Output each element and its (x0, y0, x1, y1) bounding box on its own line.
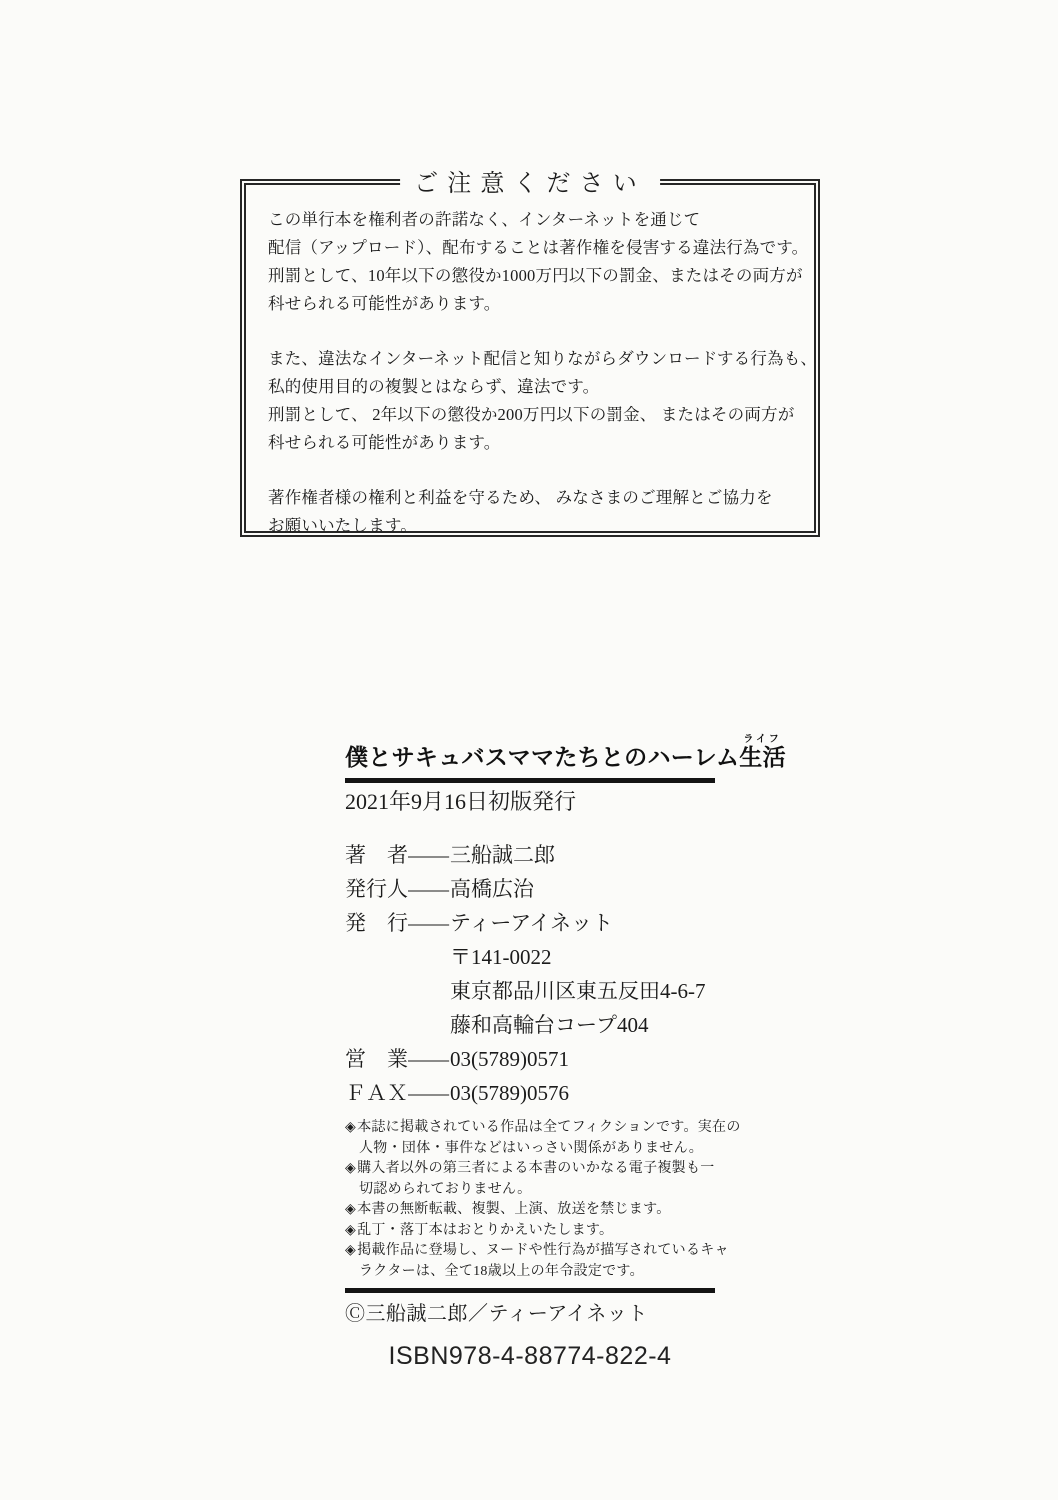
pub-value: 三船誠二郎 (450, 843, 555, 867)
notice-line: 刑罰として、 2年以下の懲役か200万円以下の罰金、 またはその両方が (268, 401, 794, 429)
isbn-text: ISBN978-4-88774-822-4 (345, 1342, 715, 1371)
pub-value: 03(5789)0576 (450, 1081, 569, 1105)
pub-label: 発 行 (345, 906, 408, 940)
notice-paragraph-request: 著作権者様の権利と利益を守るため、 みなさまのご理解とご協力を お願いいたします… (268, 484, 794, 540)
diamond-marker-icon: ◈ (345, 1223, 356, 1238)
pub-row-postal-code: 〒141-0022 (345, 940, 717, 974)
pub-label: 発行人 (345, 872, 408, 906)
pub-dash: ―― (408, 838, 450, 872)
notice-line: 科せられる可能性があります。 (268, 429, 794, 457)
pub-dash: ―― (408, 1076, 450, 1110)
pub-dash: ―― (408, 906, 450, 940)
pub-value: 藤和高輪台コープ404 (450, 1013, 648, 1037)
diamond-marker-icon: ◈ (345, 1202, 356, 1217)
notice-line: 著作権者様の権利と利益を守るため、 みなさまのご理解とご協力を (268, 484, 794, 512)
notice-paragraph-download: また、違法なインターネット配信と知りながらダウンロードする行為も、 私的使用目的… (268, 345, 794, 457)
pub-value: 東京都品川区東五反田4-6-7 (450, 979, 706, 1003)
book-title-main: 僕とサキュバスママたちとのハーレム (345, 744, 739, 770)
pub-row-building: 藤和高輪台コープ404 (345, 1008, 717, 1042)
diamond-marker-icon: ◈ (345, 1161, 356, 1176)
note-item-fiction-cont: 人物・団体・事件などはいっさい関係がありません。 (345, 1139, 745, 1160)
pub-row-address: 東京都品川区東五反田4-6-7 (345, 974, 717, 1008)
pub-value: 03(5789)0571 (450, 1047, 569, 1071)
pub-value: 〒141-0022 (450, 945, 552, 969)
publication-info: 著 者――三船誠二郎 発行人――高橋広治 発 行――ティーアイネット 〒141-… (345, 838, 717, 1110)
note-text: 本書の無断転載、複製、上演、放送を禁じます。 (357, 1202, 670, 1217)
legal-notes: ◈本誌に掲載されている作品は全てフィクションです。実在の 人物・団体・事件などは… (345, 1118, 745, 1282)
diamond-marker-icon: ◈ (345, 1243, 356, 1258)
notice-line: 科せられる可能性があります。 (268, 290, 794, 318)
ruby-base: 生活 (739, 744, 786, 770)
pub-row-publisher-person: 発行人――高橋広治 (345, 872, 717, 906)
notice-paragraph-upload: この単行本を権利者の許諾なく、インターネットを通じて 配信（アップロード）、配布… (268, 206, 794, 318)
pub-dash: ―― (408, 1042, 450, 1076)
copyright-warning-box: ご注意ください この単行本を権利者の許諾なく、インターネットを通じて 配信（アッ… (240, 179, 820, 537)
ruby-text: ライフ (739, 734, 786, 745)
note-item-digital-copy-cont: 切認められておりません。 (345, 1180, 745, 1201)
edition-date: 2021年9月16日初版発行 (345, 786, 717, 818)
notice-line: 配信（アップロード）、配布することは著作権を侵害する違法行為です。 (268, 234, 794, 262)
pub-label: 営 業 (345, 1042, 408, 1076)
note-item-defective-copy: ◈乱丁・落丁本はおとりかえいたします。 (345, 1221, 745, 1242)
note-text: 購入者以外の第三者による本書のいかなる電子複製も一 (357, 1161, 715, 1176)
pub-dash: ―― (408, 872, 450, 906)
colophon-block: 僕とサキュバスママたちとのハーレム生活ライフ 2021年9月16日初版発行 著 … (345, 734, 717, 1371)
pub-label: ＦＡＸ (345, 1076, 408, 1110)
copyright-line: Ⓒ三船誠二郎／ティーアイネット (345, 1301, 717, 1328)
note-item-age-statement-cont: ラクターは、全て18歳以上の年令設定です。 (345, 1262, 745, 1283)
pub-row-sales-phone: 営 業――03(5789)0571 (345, 1042, 717, 1076)
notice-body: この単行本を権利者の許諾なく、インターネットを通じて 配信（アップロード）、配布… (246, 185, 814, 540)
notice-line: お願いいたします。 (268, 512, 794, 540)
diamond-marker-icon: ◈ (345, 1120, 356, 1135)
notice-line: また、違法なインターネット配信と知りながらダウンロードする行為も、 (268, 345, 794, 373)
bottom-divider-rule (345, 1288, 715, 1293)
note-text: 掲載作品に登場し、ヌードや性行為が描写されているキャ (357, 1243, 729, 1258)
notice-line: この単行本を権利者の許諾なく、インターネットを通じて (268, 206, 794, 234)
pub-row-fax: ＦＡＸ――03(5789)0576 (345, 1076, 717, 1110)
notice-line: 刑罰として、10年以下の懲役か1000万円以下の罰金、またはその両方が (268, 262, 794, 290)
notice-line: 私的使用目的の複製とはならず、違法です。 (268, 373, 794, 401)
note-item-reproduction: ◈本書の無断転載、複製、上演、放送を禁じます。 (345, 1200, 745, 1221)
note-item-digital-copy: ◈購入者以外の第三者による本書のいかなる電子複製も一 (345, 1159, 745, 1180)
note-item-age-statement: ◈掲載作品に登場し、ヌードや性行為が描写されているキャ (345, 1241, 745, 1262)
pub-row-author: 著 者――三船誠二郎 (345, 838, 717, 872)
notice-title: ご注意ください (400, 168, 660, 200)
pub-value: 高橋広治 (450, 877, 534, 901)
note-text: 乱丁・落丁本はおとりかえいたします。 (357, 1223, 613, 1238)
pub-row-publisher: 発 行――ティーアイネット (345, 906, 717, 940)
book-title: 僕とサキュバスママたちとのハーレム生活ライフ (345, 734, 717, 770)
pub-value: ティーアイネット (450, 911, 613, 935)
note-text: 本誌に掲載されている作品は全てフィクションです。実在の (357, 1120, 741, 1135)
note-item-fiction: ◈本誌に掲載されている作品は全てフィクションです。実在の (345, 1118, 745, 1139)
book-title-ruby: 生活ライフ (739, 744, 786, 770)
title-divider-rule (345, 778, 715, 783)
pub-label: 著 者 (345, 838, 408, 872)
